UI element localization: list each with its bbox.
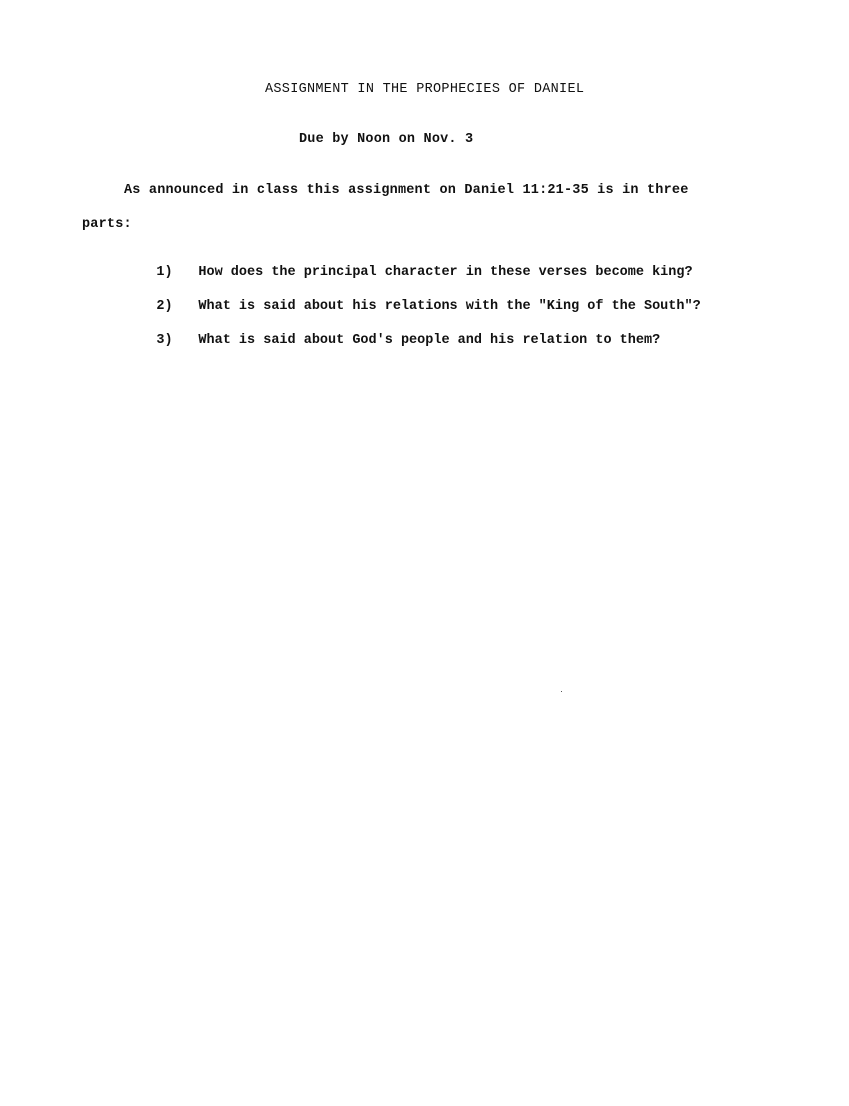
document-page: ASSIGNMENT IN THE PROPHECIES OF DANIEL D…	[0, 0, 849, 1106]
scan-speck	[561, 691, 562, 692]
question-text: What is said about his relations with th…	[198, 299, 700, 314]
question-number: 1)	[156, 265, 198, 281]
question-text: What is said about God's people and his …	[198, 333, 660, 348]
question-number: 2)	[156, 299, 198, 315]
question-text: How does the principal character in thes…	[198, 265, 692, 280]
intro-paragraph-line-1: As announced in class this assignment on…	[124, 183, 689, 199]
document-title: ASSIGNMENT IN THE PROPHECIES OF DANIEL	[265, 82, 584, 98]
question-number: 3)	[156, 333, 198, 349]
intro-paragraph-line-2: parts:	[82, 217, 132, 233]
question-item: 3)What is said about God's people and hi…	[124, 317, 660, 365]
due-date: Due by Noon on Nov. 3	[299, 132, 473, 148]
